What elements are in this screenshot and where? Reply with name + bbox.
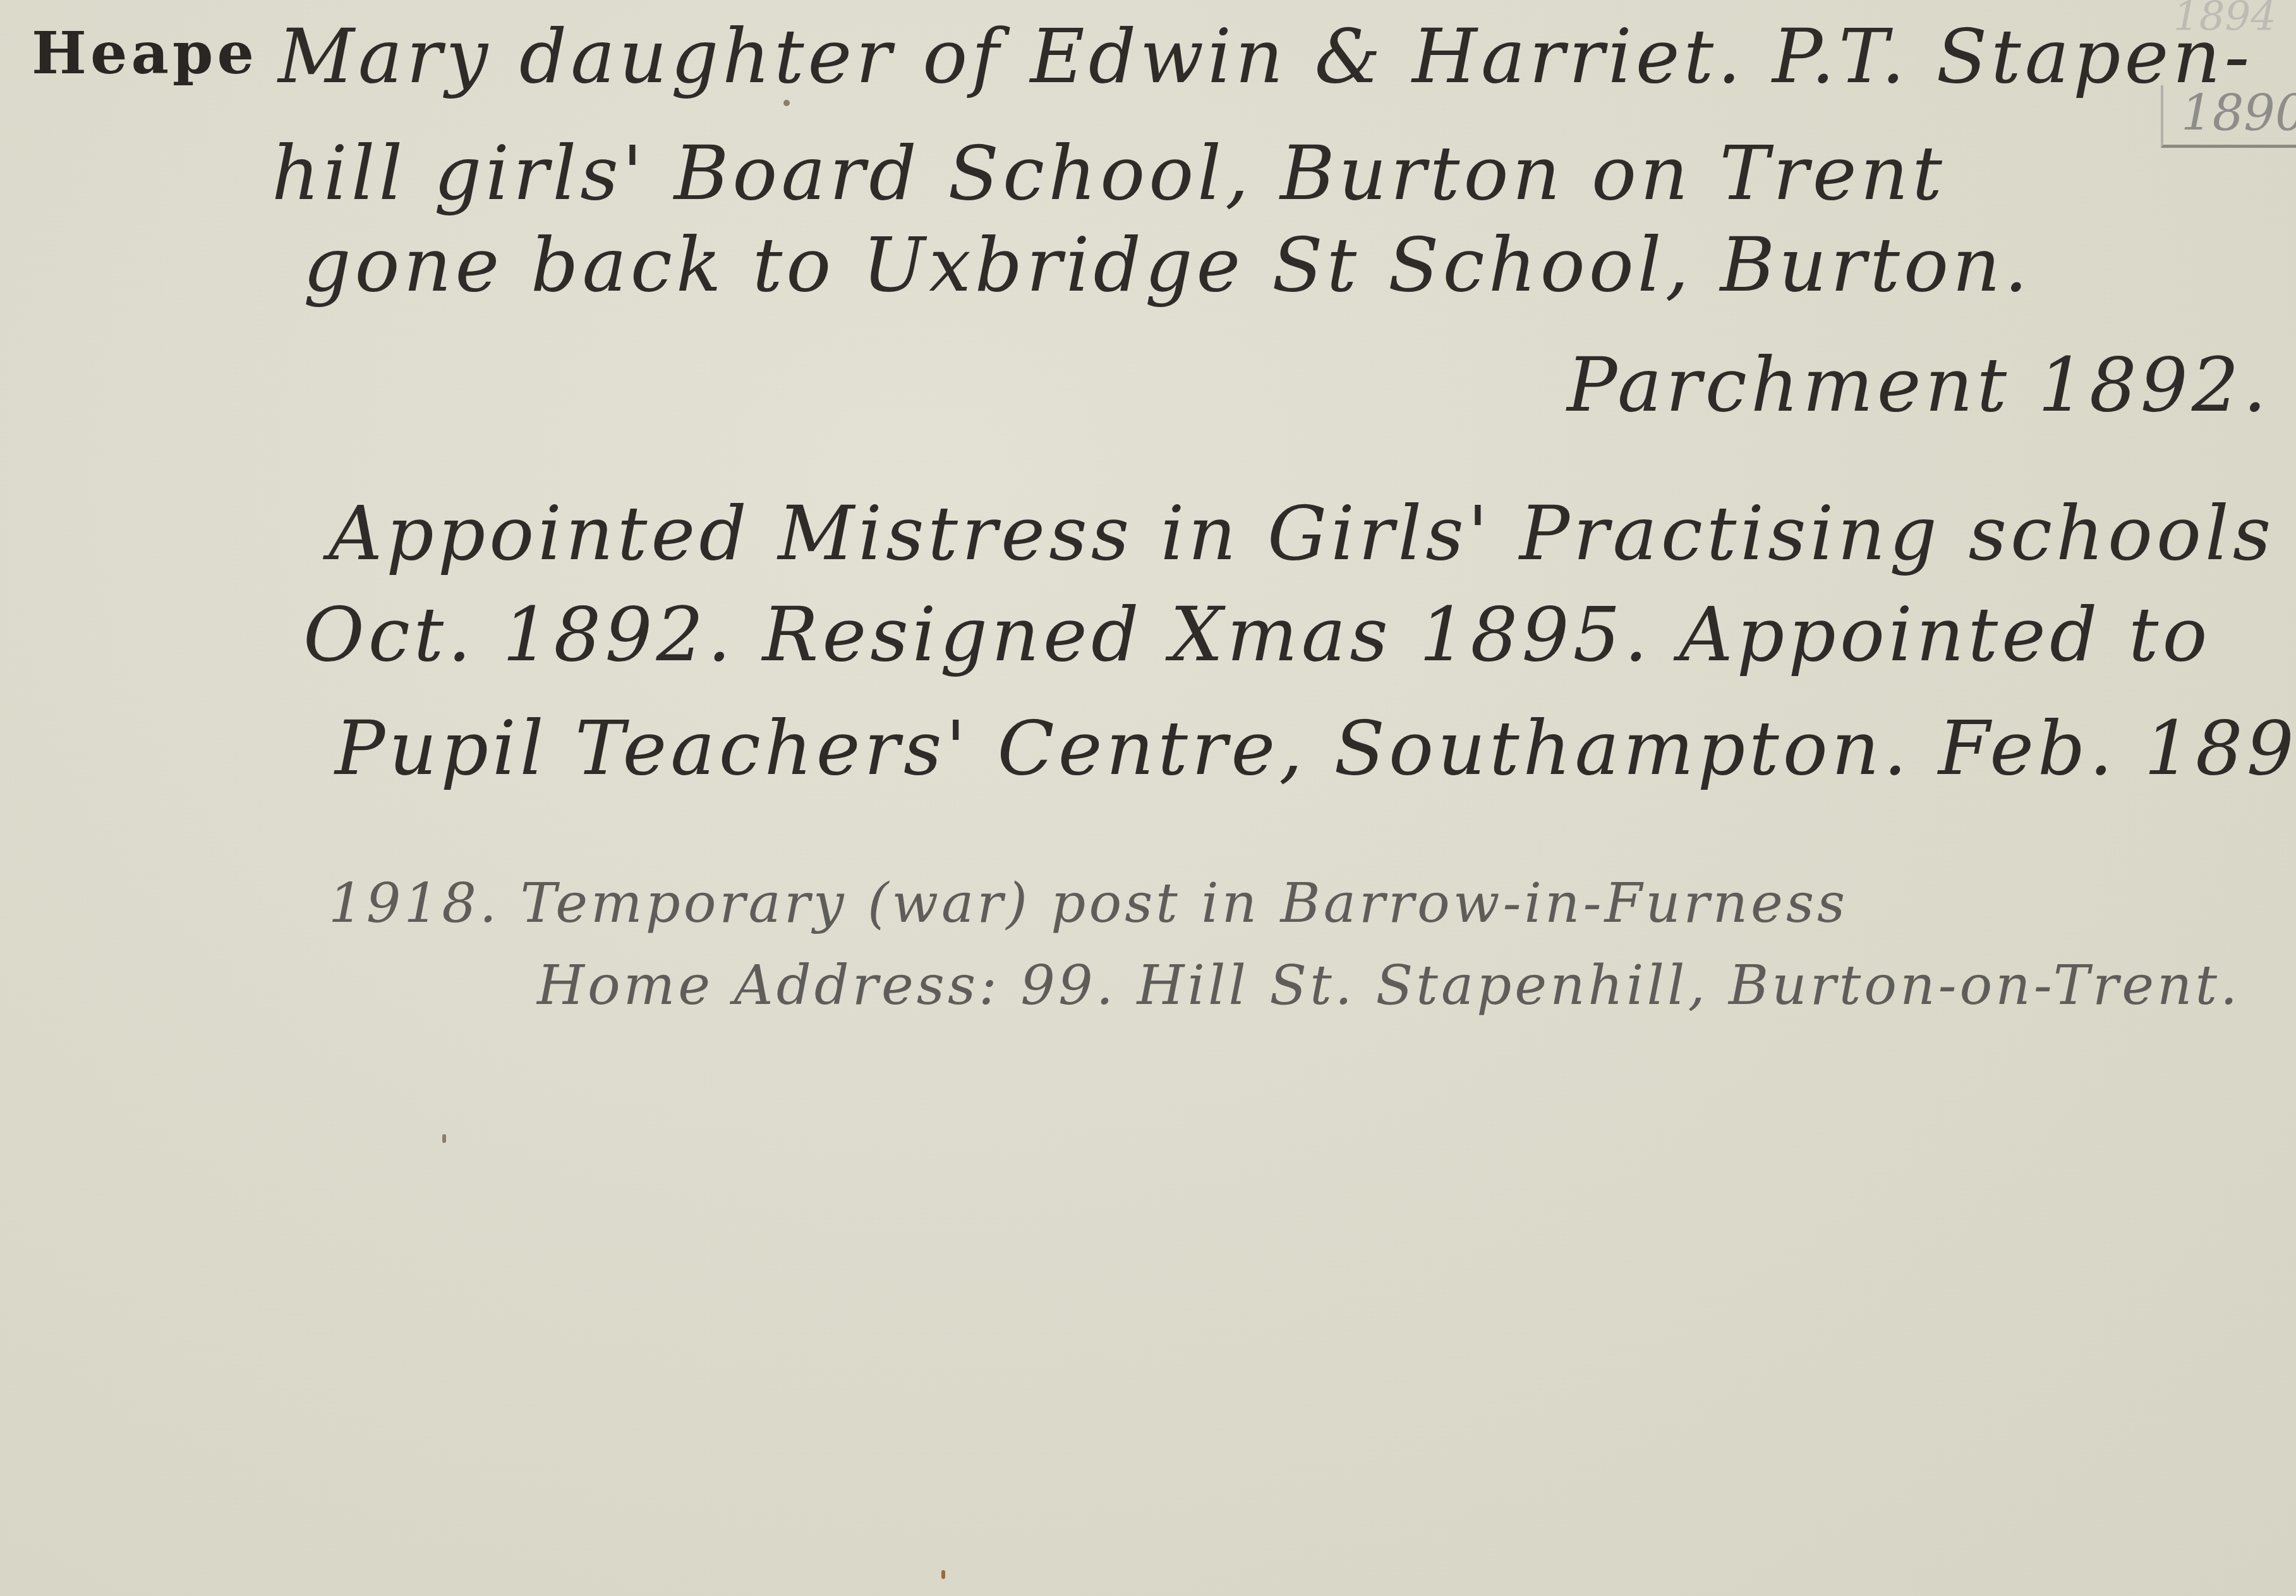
paper-speck [442,1134,446,1143]
surname-heading: Heape [32,19,258,87]
entry-line-southampton: Pupil Teachers' Centre, Southampton. Feb… [335,704,2296,792]
entry-line-1: Mary daughter of Edwin & Harriet. P.T. S… [278,13,2253,100]
paper-speck [941,1570,945,1579]
entry-line-resigned: Oct. 1892. Resigned Xmas 1895. Appointed… [303,591,2211,678]
paper-speck [783,100,790,106]
record-card: Heape 1894 1890 Mary daughter of Edwin &… [0,0,2296,1596]
entry-line-appointment: Appointed Mistress in Girls' Practising … [329,490,2275,577]
pencil-note-1918: 1918. Temporary (war) post in Barrow-in-… [329,872,1848,935]
entry-line-2: hill girls' Board School, Burton on Tren… [272,130,1946,217]
entry-line-3: gone back to Uxbridge St School, Burton. [303,221,2032,308]
entry-line-parchment: Parchment 1892. [1567,341,2270,428]
pencil-note-home-address: Home Address: 99. Hill St. Stapenhill, B… [537,954,2240,1017]
